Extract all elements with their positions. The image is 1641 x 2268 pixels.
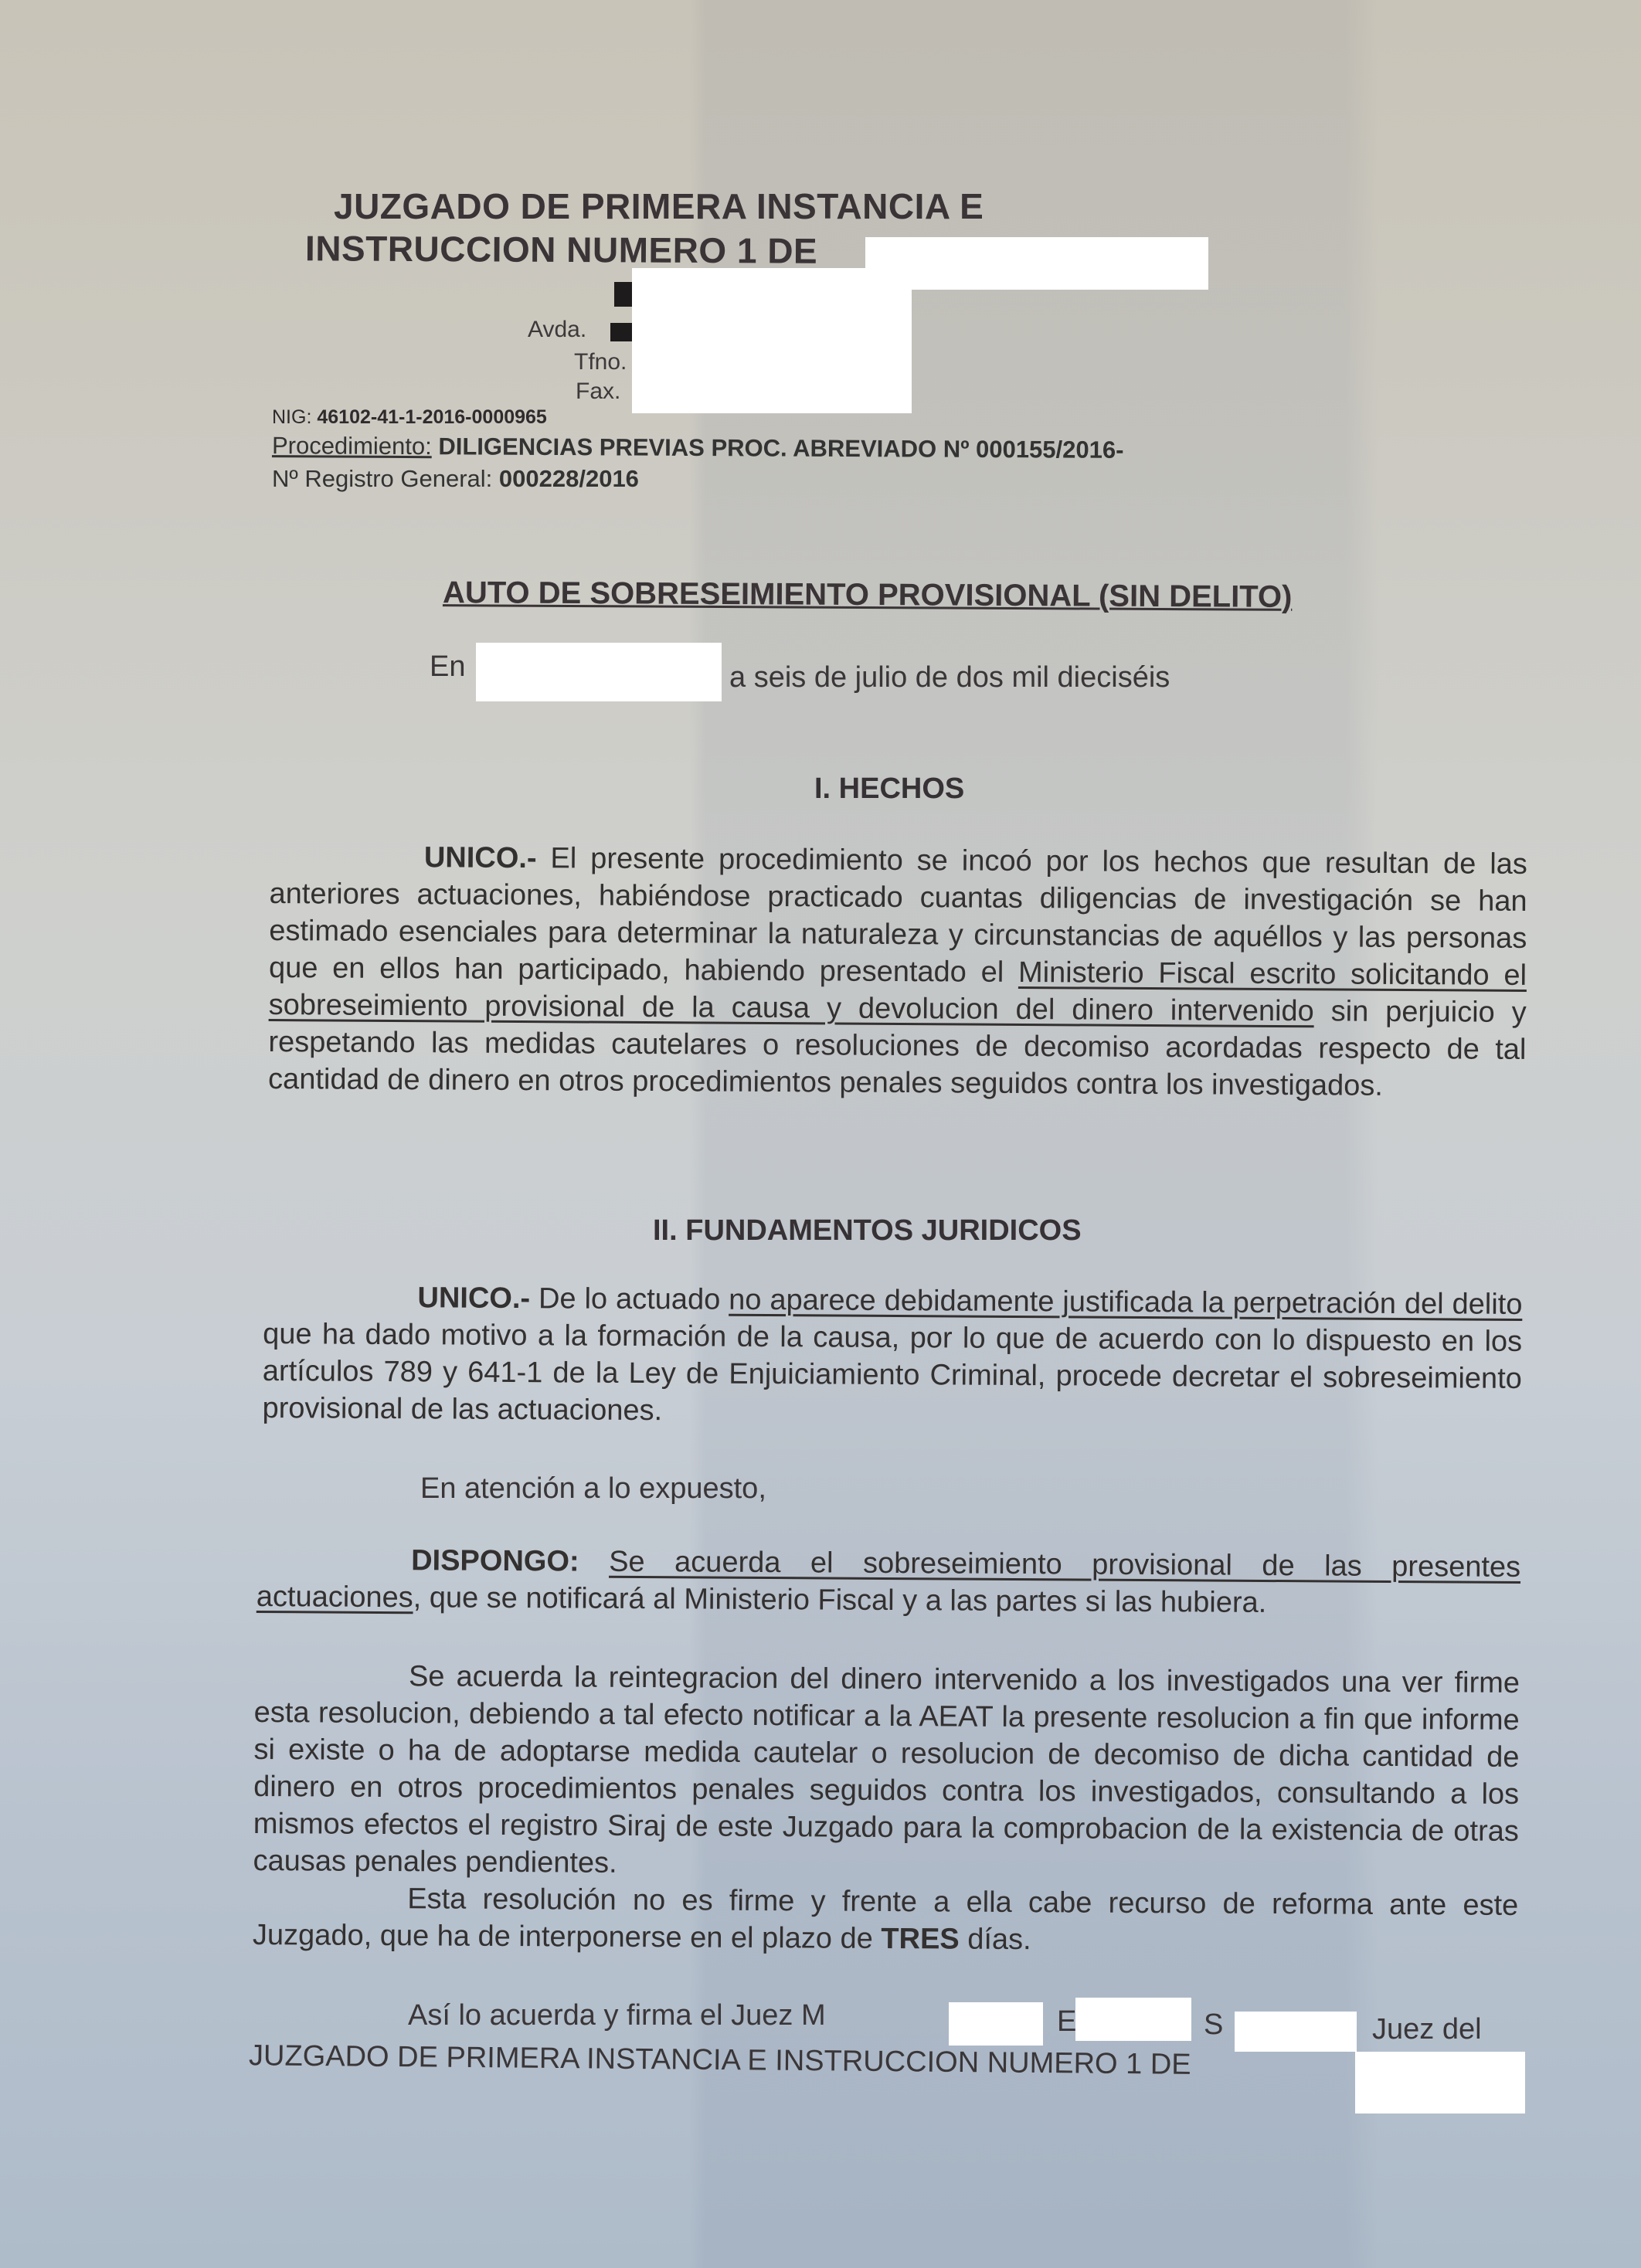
hechos-lead: UNICO.-	[424, 841, 537, 874]
court-document-page: JUZGADO DE PRIMERA INSTANCIA E INSTRUCCI…	[0, 0, 1641, 2268]
document-date: a seis de julio de dos mil dieciséis	[729, 661, 1170, 694]
underlined-passage: no aparece debidamente justificada la pe…	[729, 1284, 1522, 1321]
signature-initial: E	[1057, 2005, 1076, 2039]
redaction-box	[1235, 2012, 1357, 2052]
signature-judge-title: Juez del	[1372, 2013, 1482, 2046]
redaction-box	[1075, 1998, 1191, 2041]
procedure-label: Procedimiento:	[272, 432, 432, 460]
signature-line2: JUZGADO DE PRIMERA INSTANCIA E INSTRUCCI…	[249, 2039, 1191, 2082]
court-name-line2: INSTRUCCION NUMERO 1 DE	[305, 227, 817, 271]
nig-line: NIG: 46102-41-1-2016-0000965	[272, 406, 547, 429]
dispongo-paragraph: DISPONGO: Se acuerda el sobreseimiento p…	[257, 1541, 1521, 1623]
disposition-intro: En atención a lo expuesto,	[420, 1472, 766, 1506]
redaction-box	[476, 643, 722, 701]
place-prefix: En	[430, 650, 465, 684]
signature-line1: Así lo acuerda y firma el Juez M	[408, 1999, 826, 2032]
redaction-ink-mark	[610, 323, 632, 341]
reintegration-paragraph: Se acuerda la reintegracion del dinero i…	[253, 1657, 1520, 1961]
nig-label: NIG:	[272, 406, 311, 428]
phone-label: Tfno.	[574, 349, 627, 375]
fax-label: Fax.	[576, 379, 620, 405]
redaction-ink-mark	[614, 282, 633, 307]
appeal-deadline: TRES	[881, 1923, 960, 1956]
redaction-box	[949, 2002, 1043, 2046]
fundamentos-lead: UNICO.-	[417, 1282, 530, 1315]
section-heading-hechos: I. HECHOS	[814, 772, 964, 806]
nig-value: 46102-41-1-2016-0000965	[317, 406, 546, 428]
registry-value: 000228/2016	[499, 465, 639, 492]
dispongo-lead: DISPONGO:	[411, 1544, 579, 1577]
redaction-box	[632, 268, 912, 413]
registry-line: Nº Registro General: 000228/2016	[272, 465, 639, 493]
fundamentos-paragraph: UNICO.- De lo actuado no aparece debidam…	[262, 1278, 1522, 1434]
hechos-paragraph: UNICO.- El presente procedimiento se inc…	[268, 838, 1527, 1105]
signature-initial: S	[1204, 2008, 1223, 2042]
section-heading-fundamentos: II. FUNDAMENTOS JURIDICOS	[653, 1214, 1082, 1248]
redaction-box	[1355, 2052, 1525, 2114]
address-label: Avda.	[528, 317, 586, 343]
document-title: AUTO DE SOBRESEIMIENTO PROVISIONAL (SIN …	[443, 575, 1293, 615]
redaction-box	[865, 237, 1208, 290]
procedure-value: DILIGENCIAS PREVIAS PROC. ABREVIADO Nº 0…	[438, 433, 1123, 463]
procedure-line: Procedimiento: DILIGENCIAS PREVIAS PROC.…	[272, 432, 1124, 464]
registry-label: Nº Registro General:	[272, 465, 492, 492]
court-name-line1: JUZGADO DE PRIMERA INSTANCIA E	[334, 185, 984, 227]
